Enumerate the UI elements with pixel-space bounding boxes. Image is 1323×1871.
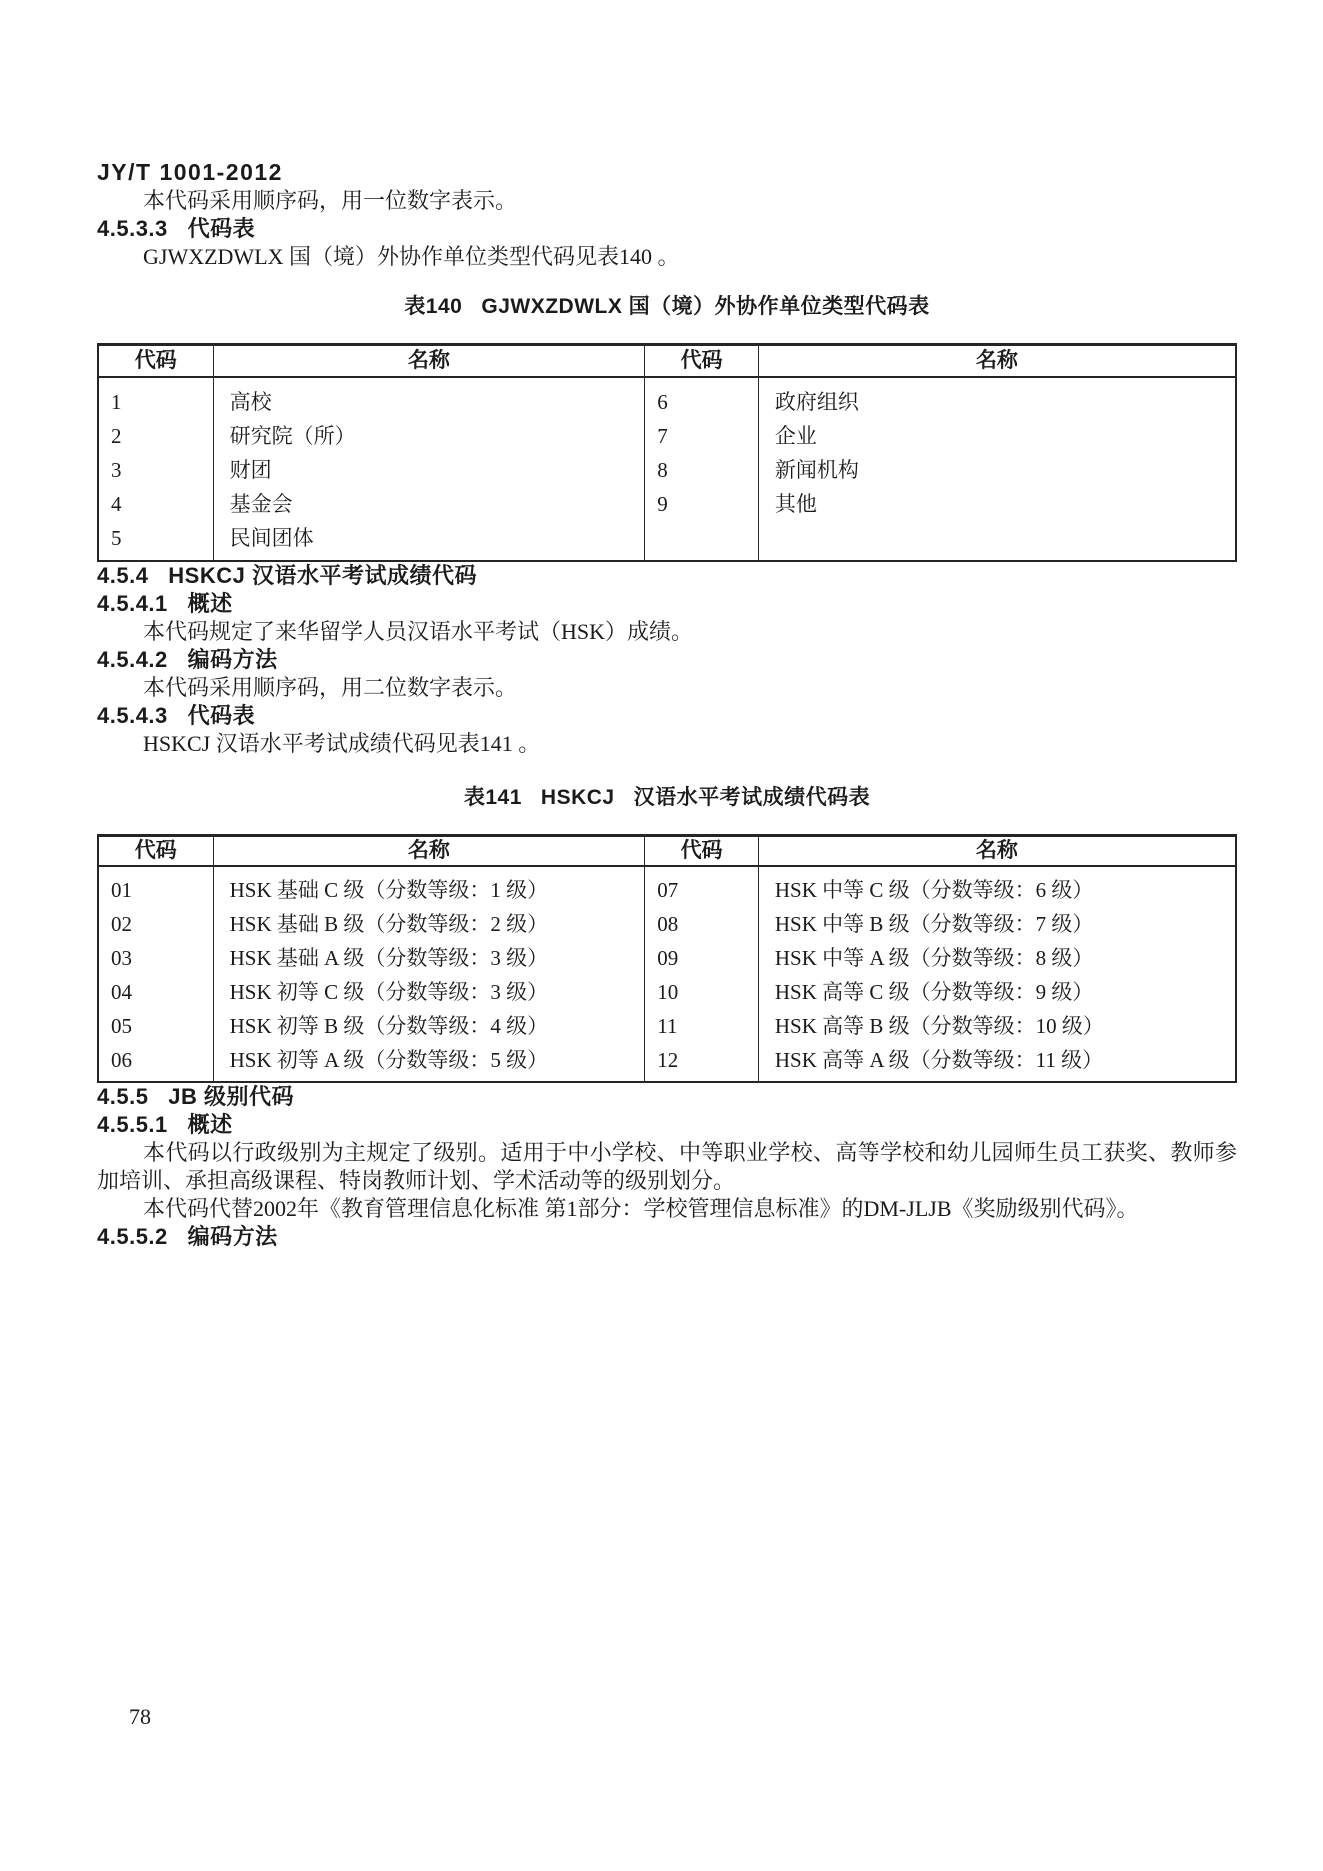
section-heading-4-5-3-3: 4.5.3.3 代码表: [97, 215, 1237, 243]
table-cell: 财团: [214, 453, 645, 487]
table-cell: 1: [99, 385, 213, 419]
table-cell: 6: [645, 385, 758, 419]
table-cell: 06: [99, 1043, 213, 1077]
standard-number: JY/T 1001-2012: [97, 157, 1237, 187]
section-heading-4-5-4-2: 4.5.4.2 编码方法: [97, 646, 1237, 674]
table-140-title: 表140 GJWXZDWLX 国（境）外协作单位类型代码表: [97, 293, 1237, 321]
table-cell: 新闻机构: [759, 453, 1235, 487]
paragraph-gjwxzdwlx-ref: GJWXZDWLX 国（境）外协作单位类型代码见表140 。: [97, 243, 1237, 271]
table-cell: 05: [99, 1009, 213, 1043]
paragraph-sequential-one-digit: 本代码采用顺序码，用一位数字表示。: [97, 187, 1237, 215]
table-cell: 其他: [759, 487, 1235, 521]
table-cell: HSK 基础 B 级（分数等级：2 级）: [214, 907, 645, 941]
table-141-title: 表141 HSKCJ 汉语水平考试成绩代码表: [97, 784, 1237, 812]
table-cell: 7: [645, 419, 758, 453]
table-header-cell: 代码: [99, 346, 213, 376]
section-heading-4-5-5-1: 4.5.5.1 概述: [97, 1111, 1237, 1139]
table-141: 代码 名称 代码 名称 01 02 03 04 05 06 HSK 基础 C 级…: [97, 834, 1237, 1083]
table-cell: 高校: [214, 385, 645, 419]
table-cell: 基金会: [214, 487, 645, 521]
table-header-cell: 代码: [644, 346, 758, 376]
table-141-right-name-column: HSK 中等 C 级（分数等级：6 级） HSK 中等 B 级（分数等级：7 级…: [758, 867, 1235, 1081]
paragraph-sequential-two-digit: 本代码采用顺序码，用二位数字表示。: [97, 674, 1237, 702]
table-cell: 02: [99, 907, 213, 941]
section-heading-4-5-5-2: 4.5.5.2 编码方法: [97, 1223, 1237, 1251]
table-140-left-name-column: 高校 研究院（所） 财团 基金会 民间团体: [213, 378, 645, 560]
table-cell: 民间团体: [214, 521, 645, 555]
table-140-header-row: 代码 名称 代码 名称: [99, 346, 1235, 378]
table-header-cell: 代码: [99, 837, 213, 865]
table-140: 代码 名称 代码 名称 1 2 3 4 5 高校 研究院（所） 财团 基金会: [97, 343, 1237, 562]
table-cell: 11: [645, 1009, 758, 1043]
paragraph-hsk-overview: 本代码规定了来华留学人员汉语水平考试（HSK）成绩。: [97, 618, 1237, 646]
table-cell: 政府组织: [759, 385, 1235, 419]
table-cell: HSK 高等 A 级（分数等级：11 级）: [759, 1043, 1235, 1077]
table-140-body: 1 2 3 4 5 高校 研究院（所） 财团 基金会 民间团体 6 7 8: [99, 378, 1235, 560]
table-cell: 8: [645, 453, 758, 487]
table-header-cell: 名称: [758, 346, 1235, 376]
table-cell: HSK 高等 B 级（分数等级：10 级）: [759, 1009, 1235, 1043]
table-cell: HSK 基础 C 级（分数等级：1 级）: [214, 873, 645, 907]
table-cell: 企业: [759, 419, 1235, 453]
table-cell: 01: [99, 873, 213, 907]
section-heading-4-5-4: 4.5.4 HSKCJ 汉语水平考试成绩代码: [97, 562, 1237, 590]
table-cell: 12: [645, 1043, 758, 1077]
section-heading-4-5-5: 4.5.5 JB 级别代码: [97, 1083, 1237, 1111]
table-cell: HSK 中等 A 级（分数等级：8 级）: [759, 941, 1235, 975]
table-cell: 09: [645, 941, 758, 975]
page-content: JY/T 1001-2012 本代码采用顺序码，用一位数字表示。 4.5.3.3…: [0, 0, 1323, 1251]
table-141-body: 01 02 03 04 05 06 HSK 基础 C 级（分数等级：1 级） H…: [99, 867, 1235, 1081]
table-140-left-code-column: 1 2 3 4 5: [99, 378, 213, 560]
table-header-cell: 名称: [213, 837, 645, 865]
section-heading-4-5-4-3: 4.5.4.3 代码表: [97, 702, 1237, 730]
table-cell: 08: [645, 907, 758, 941]
table-cell: HSK 中等 C 级（分数等级：6 级）: [759, 873, 1235, 907]
table-cell: 2: [99, 419, 213, 453]
paragraph-hskcj-ref: HSKCJ 汉语水平考试成绩代码见表141 。: [97, 730, 1237, 758]
table-cell: 9: [645, 487, 758, 521]
table-141-header-row: 代码 名称 代码 名称: [99, 837, 1235, 867]
table-header-cell: 代码: [644, 837, 758, 865]
table-141-left-name-column: HSK 基础 C 级（分数等级：1 级） HSK 基础 B 级（分数等级：2 级…: [213, 867, 645, 1081]
section-heading-4-5-4-1: 4.5.4.1 概述: [97, 590, 1237, 618]
table-cell: 07: [645, 873, 758, 907]
table-140-right-code-column: 6 7 8 9: [644, 378, 758, 560]
table-cell: HSK 初等 B 级（分数等级：4 级）: [214, 1009, 645, 1043]
table-header-cell: 名称: [758, 837, 1235, 865]
table-cell: 03: [99, 941, 213, 975]
table-cell: 3: [99, 453, 213, 487]
table-cell: HSK 中等 B 级（分数等级：7 级）: [759, 907, 1235, 941]
table-cell: 10: [645, 975, 758, 1009]
paragraph-jb-scope: 本代码以行政级别为主规定了级别。适用于中小学校、中等职业学校、高等学校和幼儿园师…: [97, 1139, 1237, 1195]
document-page: JY/T 1001-2012 本代码采用顺序码，用一位数字表示。 4.5.3.3…: [0, 0, 1323, 1871]
table-cell: HSK 基础 A 级（分数等级：3 级）: [214, 941, 645, 975]
paragraph-jb-replaces: 本代码代替2002年《教育管理信息化标准 第1部分：学校管理信息标准》的DM-J…: [97, 1195, 1237, 1223]
table-cell: HSK 初等 A 级（分数等级：5 级）: [214, 1043, 645, 1077]
table-141-right-code-column: 07 08 09 10 11 12: [644, 867, 758, 1081]
table-header-cell: 名称: [213, 346, 645, 376]
table-cell: 研究院（所）: [214, 419, 645, 453]
table-cell: 4: [99, 487, 213, 521]
table-cell: 04: [99, 975, 213, 1009]
table-141-left-code-column: 01 02 03 04 05 06: [99, 867, 213, 1081]
table-cell: 5: [99, 521, 213, 555]
table-140-right-name-column: 政府组织 企业 新闻机构 其他: [758, 378, 1235, 560]
table-cell: HSK 高等 C 级（分数等级：9 级）: [759, 975, 1235, 1009]
page-number: 78: [129, 1704, 151, 1730]
table-cell: HSK 初等 C 级（分数等级：3 级）: [214, 975, 645, 1009]
